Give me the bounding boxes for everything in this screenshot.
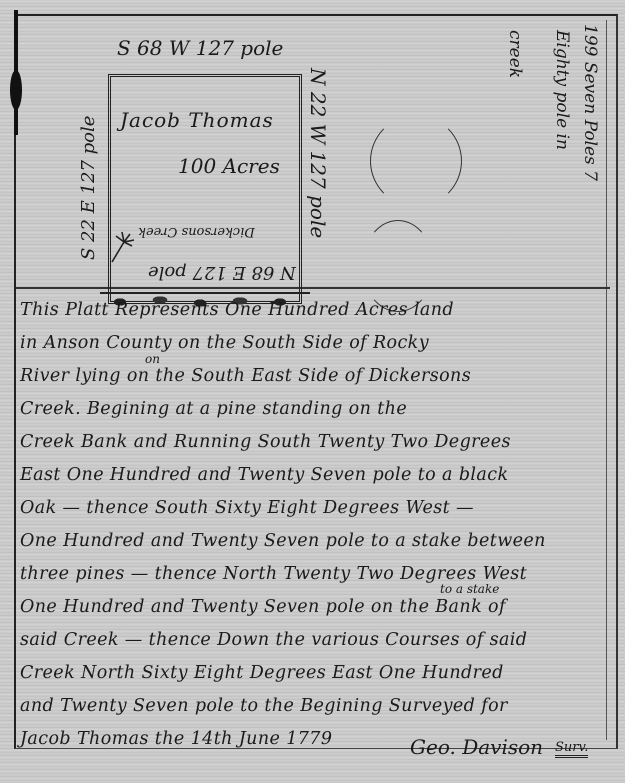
plat-creek-label: Dickersons Creek: [138, 224, 255, 239]
margin-note-line: creek: [505, 30, 525, 78]
plat-side-top: S 68 W 127 pole: [117, 36, 283, 60]
deed-line: One Hundred and Twenty Seven pole to a s…: [20, 525, 610, 558]
plat-side-right: N 22 W 127 pole: [306, 68, 330, 238]
deed-line: said Creek — thence Down the various Cou…: [20, 624, 610, 657]
plat-side-left: S 22 E 127 pole: [78, 116, 99, 260]
plat-acreage: 100 Acres: [178, 154, 280, 178]
deed-line: Creek North Sixty Eight Degrees East One…: [20, 657, 610, 690]
deed-line: River lying on the South East Side of Di…: [20, 360, 610, 393]
deed-line: three pines — thence North Twenty Two De…: [20, 558, 610, 591]
deed-line: Oak — thence South Sixty Eight Degrees W…: [20, 492, 610, 525]
plat-owner-name: Jacob Thomas: [120, 108, 274, 132]
deed-line: One Hundred and Twenty Seven pole on the…: [20, 591, 610, 624]
surveyor-signature: Geo. Davison: [410, 735, 543, 759]
deed-text: This Platt Represents One Hundred Acres …: [20, 294, 610, 756]
pine-tree-icon: [108, 224, 138, 264]
interlineation-on: on: [145, 352, 160, 366]
margin-note-line: 199 Seven Poles 7: [580, 24, 600, 181]
deed-line: Creek. Begining at a pine standing on th…: [20, 393, 610, 426]
plat-side-bottom: N 68 E 127 pole: [148, 262, 296, 283]
deed-line: This Platt Represents One Hundred Acres …: [20, 294, 610, 327]
survey-document: S 68 W 127 pole N 22 W 127 pole S 22 E 1…: [0, 0, 625, 783]
margin-note-line: Eighty pole in: [552, 30, 572, 150]
deed-line: Creek Bank and Running South Twenty Two …: [20, 426, 610, 459]
deed-line: in Anson County on the South Side of Roc…: [20, 327, 610, 360]
surveyor-title: Surv.: [555, 740, 588, 758]
flourish-curl: [370, 115, 462, 207]
deed-line: and Twenty Seven pole to the Begining Su…: [20, 690, 610, 723]
plat-text-divider: [16, 287, 610, 289]
binding-mark: [12, 10, 20, 135]
interlineation-to-a-stake: to a stake: [440, 582, 499, 596]
deed-line: East One Hundred and Twenty Seven pole t…: [20, 459, 610, 492]
